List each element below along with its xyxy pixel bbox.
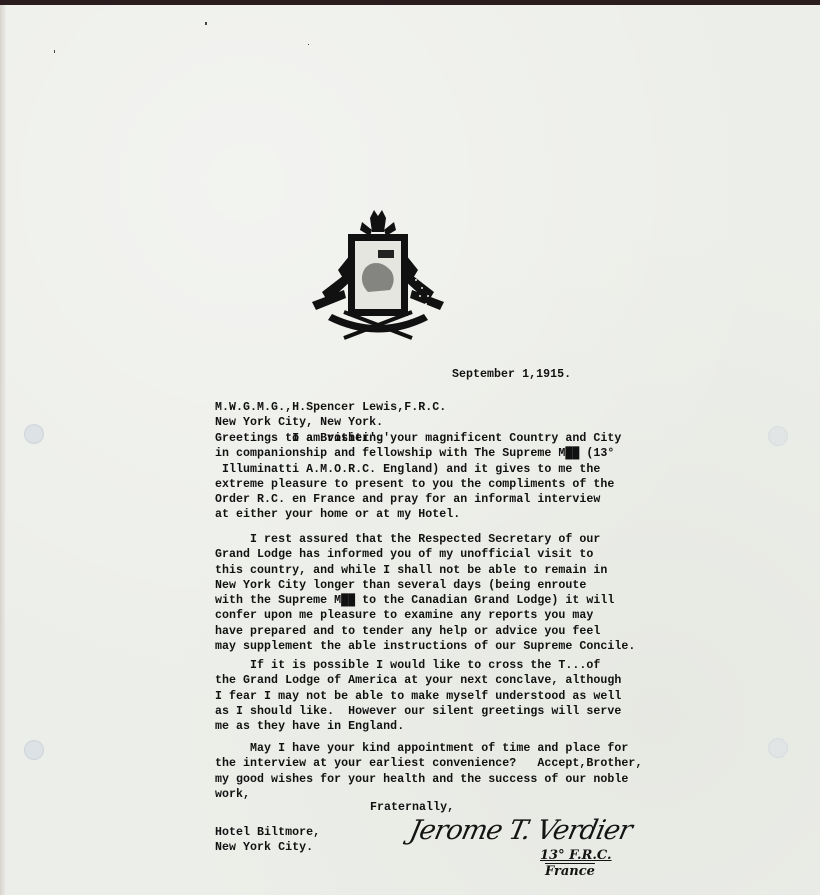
paragraph-3: If it is possible I would like to cross … [215,658,621,734]
signature-degree: 13° F.R.C. [540,848,612,863]
paragraph-2: I rest assured that the Respected Secret… [215,532,635,654]
text-line: have prepared and to tender any help or … [215,624,635,639]
text-line: Grand Lodge has informed you of my unoff… [215,547,635,562]
punch-hole [768,738,788,758]
paper-edge [0,5,6,895]
paragraph-4: May I have your kind appointment of time… [215,741,642,802]
closing: Fraternally, [370,800,454,815]
paragraph-1: I am visiting your magnificent Country a… [215,431,621,523]
text-line: me as they have in England. [215,719,621,734]
text-line: Illuminatti A.M.O.R.C. England) and it g… [215,462,621,477]
text-line: in companionship and fellowship with The… [215,446,621,461]
paper-speck [54,50,55,53]
signature-country: France [545,864,595,879]
text-line: New York City. [215,840,320,855]
text-line: Hotel Biltmore, [215,825,320,840]
text-line: If it is possible I would like to cross … [215,658,621,673]
punch-hole [768,426,788,446]
signature: Jerome T. Verdier [407,815,635,846]
text-line: the Grand Lodge of America at your next … [215,673,621,688]
text-line: I fear I may not be able to make myself … [215,689,621,704]
coat-of-arms-emblem [308,210,448,345]
text-line: confer upon me pleasure to examine any r… [215,608,635,623]
text-line: my good wishes for your health and the s… [215,772,642,787]
text-line: with the Supreme M██ to the Canadian Gra… [215,593,635,608]
text-line: may supplement the able instructions of … [215,639,635,654]
paper-speck [308,44,309,45]
text-line: I rest assured that the Respected Secret… [215,532,635,547]
text-line: I am visiting your magnificent Country a… [215,431,621,446]
text-line: the interview at your earliest convenien… [215,756,642,771]
text-line: this country, and while I shall not be a… [215,563,635,578]
text-line: extreme pleasure to present to you the c… [215,477,621,492]
text-line: New York City longer than several days (… [215,578,635,593]
text-line: at either your home or at my Hotel. [215,507,621,522]
text-line: May I have your kind appointment of time… [215,741,642,756]
text-line: as I should like. However our silent gre… [215,704,621,719]
letter-date: September 1,1915. [452,367,571,382]
address-line: New York City, New York. [215,415,446,430]
address-line: M.W.G.M.G.,H.Spencer Lewis,F.R.C. [215,400,446,415]
text-line: Order R.C. en France and pray for an inf… [215,492,621,507]
punch-hole [24,424,44,444]
paper-speck [205,22,207,25]
sender-location: Hotel Biltmore,New York City. [215,825,320,856]
punch-hole [24,740,44,760]
